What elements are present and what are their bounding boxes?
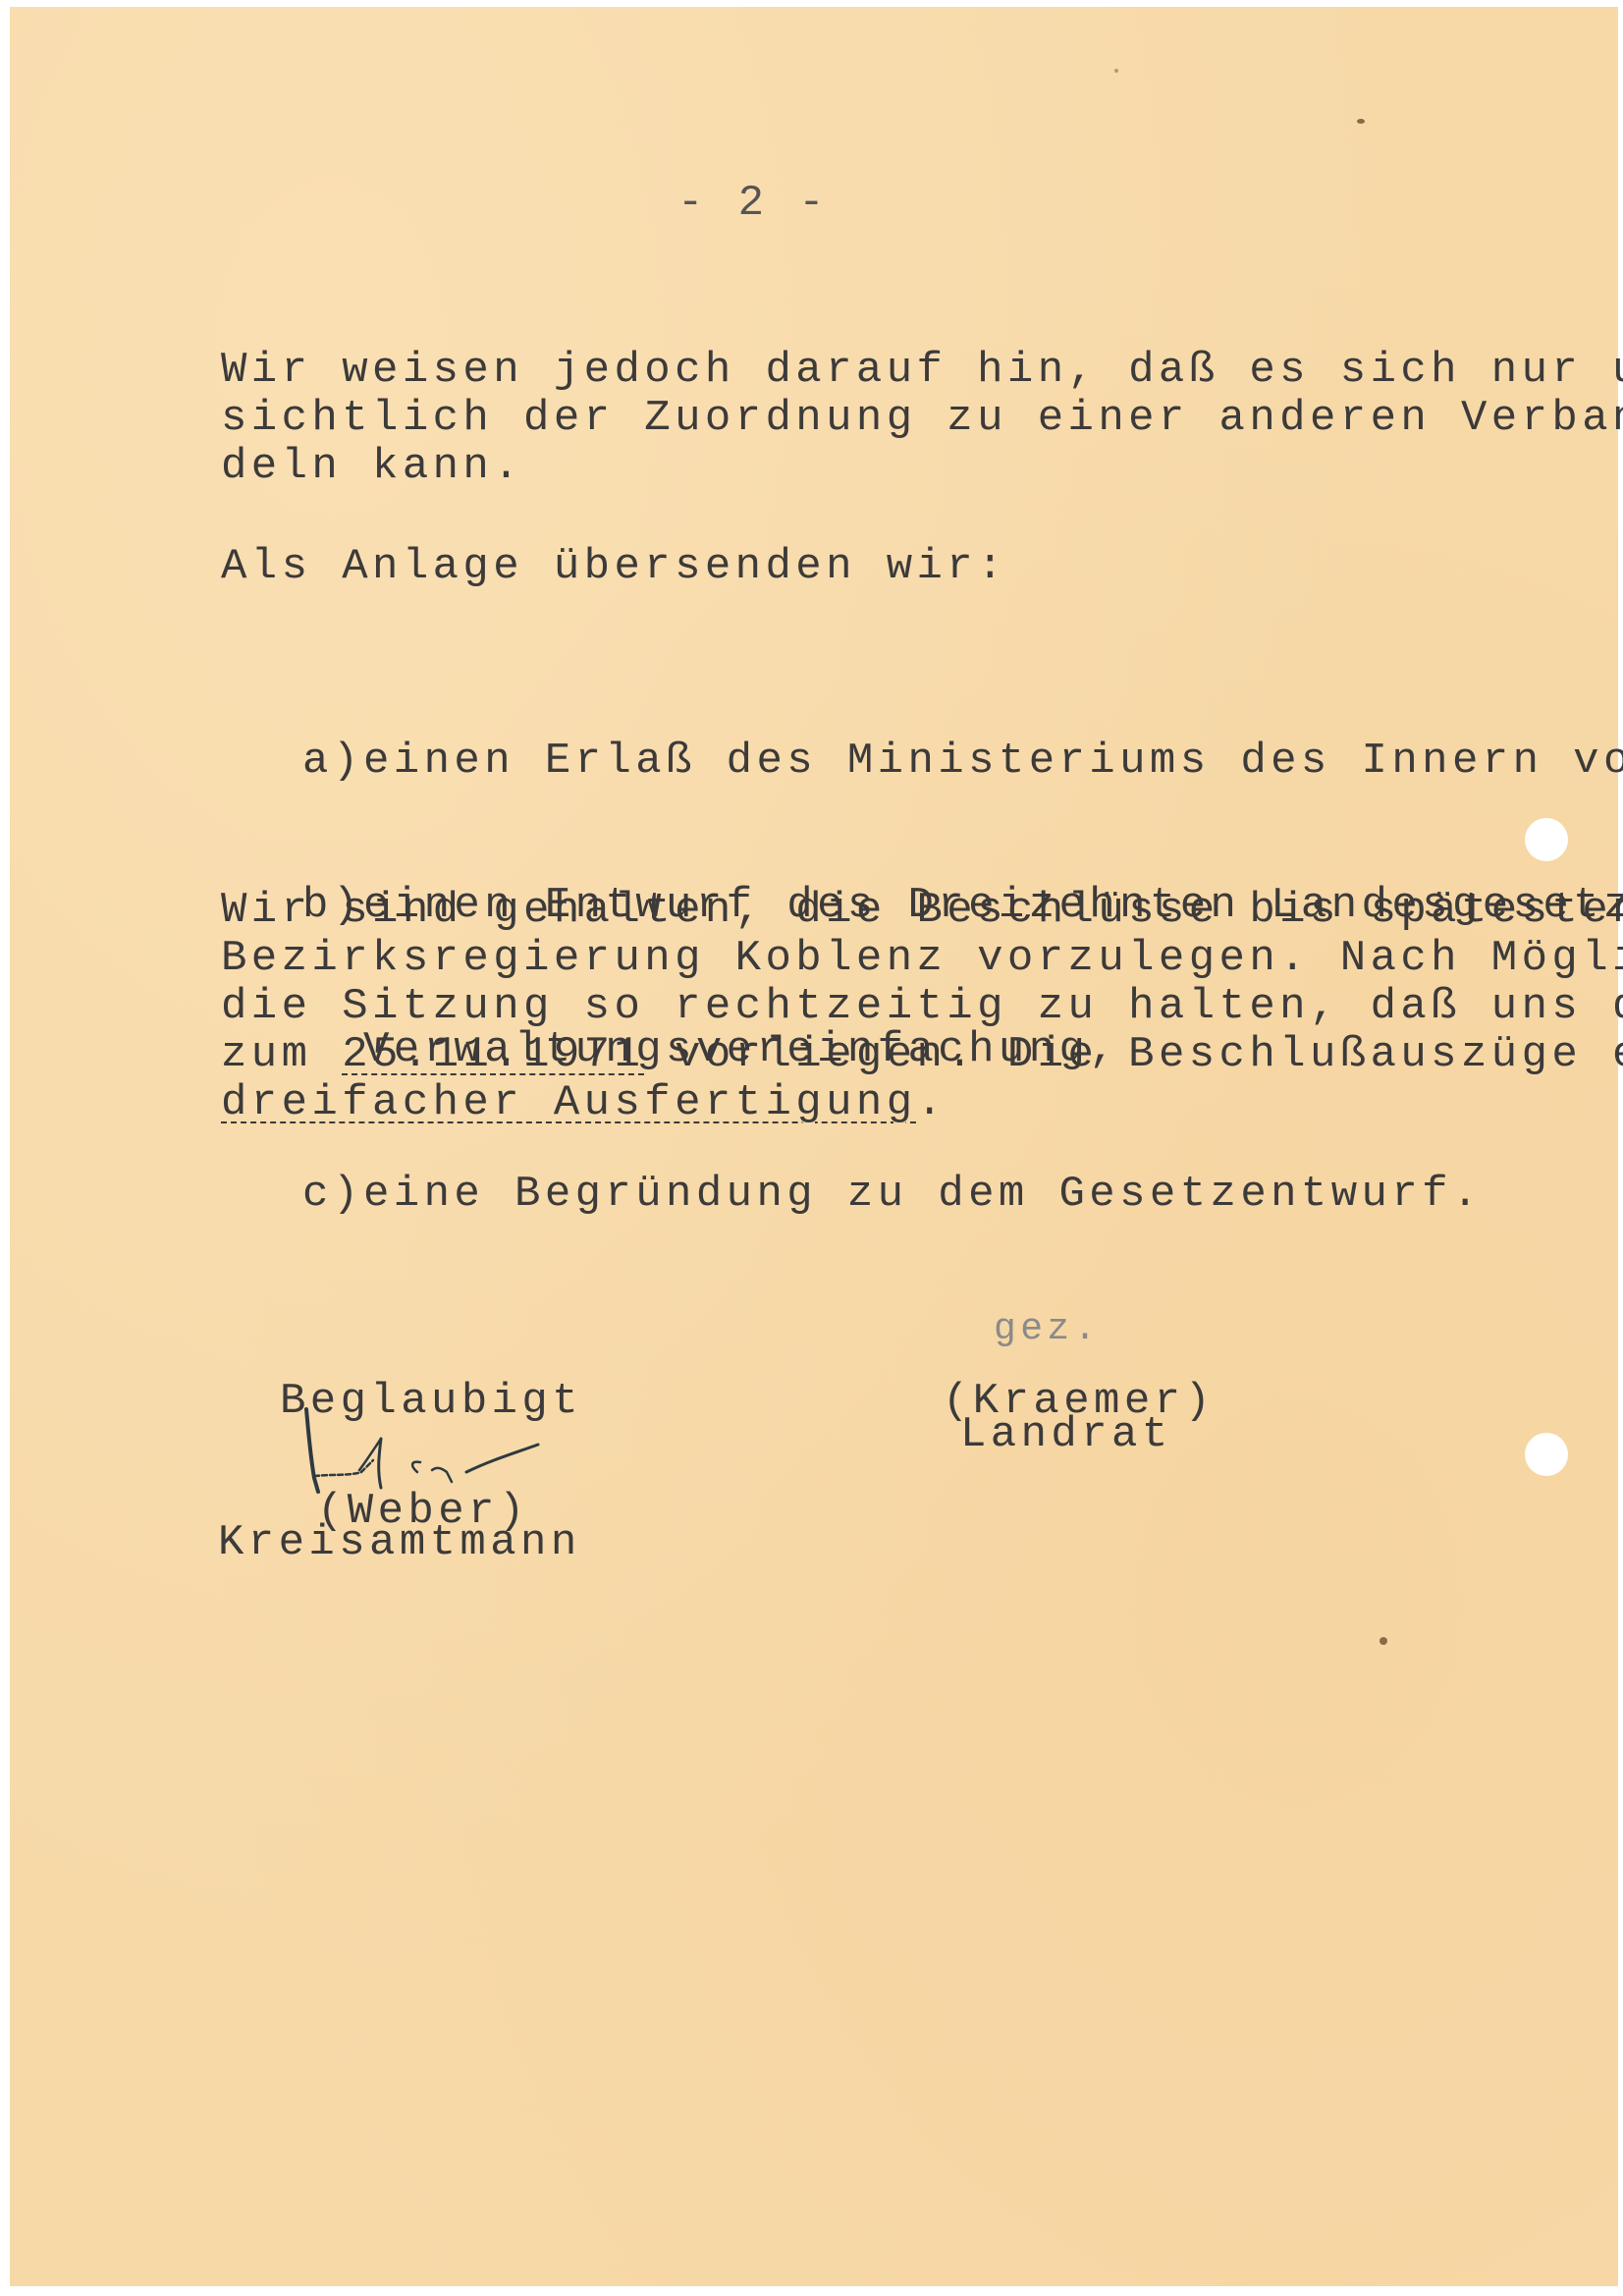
text-line: deln kann.: [221, 442, 523, 491]
certifier-role: Kreisamtmann: [218, 1519, 581, 1567]
text-line: die Sitzung so rechtzeitig zu halten, da…: [221, 982, 1623, 1031]
text-line: dreifacher Ausfertigung.: [221, 1078, 947, 1127]
underlined-date: 25.11.1971: [342, 1030, 644, 1079]
signatory-role: Landrat: [960, 1411, 1172, 1459]
enclosure-heading: Als Anlage übersenden wir:: [221, 543, 1007, 591]
list-item-label: a): [302, 738, 363, 786]
list-item-label: c): [302, 1171, 363, 1219]
punch-hole: [1525, 1433, 1568, 1476]
text-line: Bezirksregierung Koblenz vorzulegen. Nac…: [221, 934, 1623, 983]
list-item-text: einen Erlaß des Ministeriums des Innern …: [363, 737, 1623, 786]
handwritten-signature: [295, 1401, 550, 1500]
text-line: sichtlich der Zuordnung zu einer anderen…: [221, 394, 1623, 443]
list-item-text: eine Begründung zu dem Gesetzentwurf.: [363, 1170, 1483, 1219]
punch-hole: [1525, 818, 1568, 861]
text-fragment: .: [917, 1078, 947, 1127]
signed-mark: gez.: [994, 1305, 1101, 1353]
text-line: Wir weisen jedoch darauf hin, daß es sic…: [221, 346, 1623, 395]
paper-speck: [1114, 69, 1118, 73]
list-item: c)eine Begründung zu dem Gesetzentwurf.: [302, 1171, 1623, 1219]
intro-paragraph: Wir weisen jedoch darauf hin, daß es sic…: [221, 347, 1623, 491]
paper-speck: [1357, 119, 1365, 124]
text-fragment: zum: [221, 1030, 342, 1079]
text-line: zum 25.11.1971 vorliegen. Die Beschlußau…: [221, 1030, 1623, 1079]
text-line: Wir sind gehalten, die Beschlüsse bis sp…: [221, 886, 1623, 935]
paper-speck: [1380, 1637, 1387, 1645]
list-item: a)einen Erlaß des Ministeriums des Inner…: [302, 738, 1623, 786]
paper-page: - 2 - Wir weisen jedoch darauf hin, daß …: [10, 7, 1618, 2286]
text-fragment: vorliegen. Die Beschlußauszüge erbitten …: [644, 1030, 1623, 1079]
page-number: - 2 -: [677, 180, 829, 228]
deadline-paragraph: Wir sind gehalten, die Beschlüsse bis sp…: [221, 887, 1623, 1127]
underlined-phrase: dreifacher Ausfertigung: [221, 1078, 917, 1127]
